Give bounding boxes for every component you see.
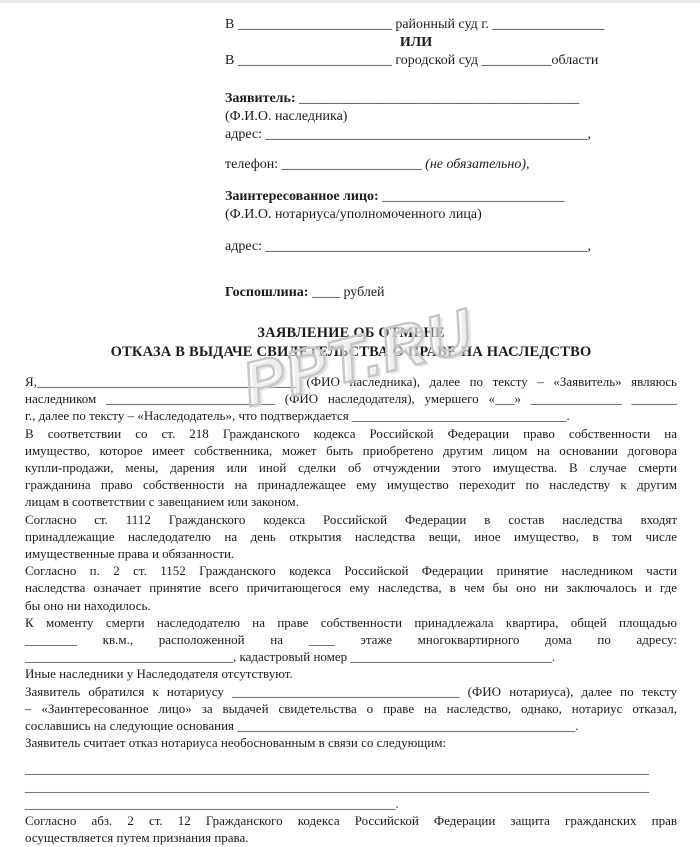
body-line: имущественные права и обязанности. bbox=[25, 545, 677, 562]
state-fee-currency: рублей bbox=[343, 285, 384, 300]
spacer bbox=[225, 70, 625, 90]
interested-name-blank-field: __________________________ bbox=[382, 189, 564, 204]
region-suffix: области bbox=[552, 53, 599, 68]
court-name-blank-field: ______________________ bbox=[238, 53, 392, 68]
document-page: В ______________________ районный суд г.… bbox=[0, 0, 700, 847]
body-line: имущество, которое имеет собственника, м… bbox=[25, 442, 677, 459]
body-line: принадлежащие наследодателю на день откр… bbox=[25, 528, 677, 545]
address-comma: , bbox=[588, 127, 592, 142]
region-blank-field: __________ bbox=[482, 53, 552, 68]
body-line: гражданина право собственности на принад… bbox=[25, 476, 677, 493]
interested-address-row: адрес: _________________________________… bbox=[225, 238, 625, 256]
phone-blank-field: ____________________ bbox=[282, 157, 422, 172]
state-fee-label: Госпошлина: bbox=[225, 285, 308, 300]
body-line: Согласно п. 2 ст. 1152 Гражданского коде… bbox=[25, 562, 677, 579]
spacer bbox=[225, 256, 625, 284]
body-line: ________________________________________… bbox=[25, 760, 677, 777]
spacer bbox=[225, 144, 625, 156]
applicant-hint: (Ф.И.О. наследника) bbox=[225, 108, 625, 126]
body-line: наследником __________________________ (… bbox=[25, 390, 677, 407]
state-fee-row: Госпошлина: ____ рублей bbox=[225, 284, 625, 302]
body-line: наследства означает принятие всего причи… bbox=[25, 579, 677, 596]
applicant-name-blank-field: ________________________________________ bbox=[299, 91, 579, 106]
document-title-line2: ОТКАЗА В ВЫДАЧЕ СВИДЕТЕЛЬСТВА О ПРАВЕ НА… bbox=[25, 343, 677, 362]
phone-row: телефон: ____________________ (не обязат… bbox=[225, 156, 625, 174]
body-line: К моменту смерти наследодателю на праве … bbox=[25, 614, 677, 631]
interested-party-row: Заинтересованное лицо: _________________… bbox=[225, 188, 625, 206]
address-label: адрес: bbox=[225, 239, 262, 254]
body-line: Заявитель считает отказ нотариуса необос… bbox=[25, 734, 677, 751]
body-line: Согласно ст. 1112 Гражданского кодекса Р… bbox=[25, 511, 677, 528]
body-line: ________ кв.м., расположенной на ____ эт… bbox=[25, 631, 677, 648]
interested-party-hint: (Ф.И.О. нотариуса/уполномоченного лица) bbox=[225, 206, 625, 224]
court-prefix: В bbox=[225, 17, 234, 32]
court-type-label: городской суд bbox=[395, 53, 478, 68]
body-line: ________________________________________… bbox=[25, 795, 677, 812]
document-content: В ______________________ районный суд г.… bbox=[0, 3, 700, 846]
body-line: В соответствии со ст. 218 Гражданского к… bbox=[25, 425, 677, 442]
phone-comma: , bbox=[526, 157, 530, 172]
court-row-district: В ______________________ районный суд г.… bbox=[225, 15, 607, 34]
document-title-line1: ЗАЯВЛЕНИЕ ОБ ОТМЕНЕ bbox=[25, 324, 677, 343]
court-name-blank-field: ______________________ bbox=[238, 17, 392, 32]
court-row-city: В ______________________ городской суд _… bbox=[225, 51, 607, 70]
body-line: Заявитель обратился к нотариусу ________… bbox=[25, 683, 677, 700]
court-prefix: В bbox=[225, 53, 234, 68]
parties-block: Заявитель: _____________________________… bbox=[225, 70, 625, 302]
document-title: ЗАЯВЛЕНИЕ ОБ ОТМЕНЕ ОТКАЗА В ВЫДАЧЕ СВИД… bbox=[25, 324, 677, 362]
body-spacer bbox=[25, 751, 677, 760]
interested-party-label: Заинтересованное лицо: bbox=[225, 189, 379, 204]
body-line: бы оно ни находилось. bbox=[25, 597, 677, 614]
applicant-row: Заявитель: _____________________________… bbox=[225, 90, 625, 108]
body-line: г., далее по тексту – «Наследодатель», ч… bbox=[25, 407, 677, 424]
address-label: адрес: bbox=[225, 127, 262, 142]
state-fee-blank-field: ____ bbox=[312, 285, 340, 300]
or-divider: ИЛИ bbox=[225, 34, 607, 51]
body-line: Согласно абз. 2 ст. 12 Гражданского коде… bbox=[25, 812, 677, 829]
applicant-label: Заявитель: bbox=[225, 91, 296, 106]
court-city-blank-field: ________________ bbox=[492, 17, 604, 32]
body-line: сославшись на следующие основания ______… bbox=[25, 717, 677, 734]
body-line: ________________________________, кадаст… bbox=[25, 648, 677, 665]
address-blank-field: ________________________________________… bbox=[266, 127, 588, 142]
body-line: лицам в соответствии с завещанием или за… bbox=[25, 493, 677, 510]
phone-optional-note: (не обязательно) bbox=[425, 157, 526, 172]
applicant-address-row: адрес: _________________________________… bbox=[225, 126, 625, 144]
address-comma: , bbox=[588, 239, 592, 254]
body-line: купли-продажи, мены, дарения или иной сд… bbox=[25, 459, 677, 476]
phone-label: телефон: bbox=[225, 157, 278, 172]
court-type-label: районный суд г. bbox=[395, 17, 489, 32]
body-line: – «Заинтересованное лицо» за выдачей сви… bbox=[25, 700, 677, 717]
spacer bbox=[225, 174, 625, 188]
document-body: Я,______________________________________… bbox=[25, 373, 677, 846]
body-line: осуществляется путем признания права. bbox=[25, 829, 677, 846]
spacer bbox=[225, 224, 625, 238]
court-header-block: В ______________________ районный суд г.… bbox=[225, 15, 607, 70]
body-line: Я,______________________________________… bbox=[25, 373, 677, 390]
address-blank-field: ________________________________________… bbox=[266, 239, 588, 254]
body-line: ________________________________________… bbox=[25, 778, 677, 795]
body-line: Иные наследники у Наследодателя отсутств… bbox=[25, 665, 677, 682]
